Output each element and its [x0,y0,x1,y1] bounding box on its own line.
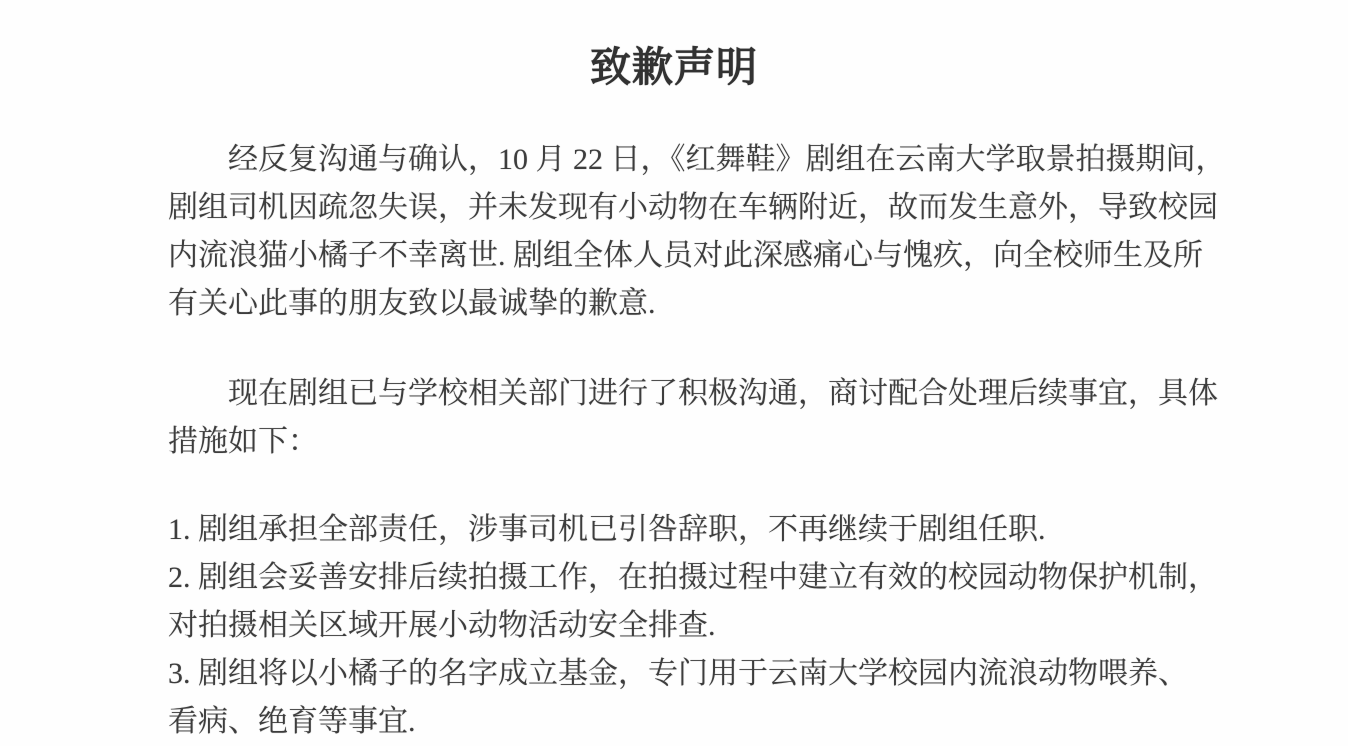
text-line: 剧组司机因疏忽失误，并未发现有小动物在车辆附近，故而发生意外，导致校园 [168,184,1228,232]
paragraph: 经反复沟通与确认，10 月 22 日，《红舞鞋》剧组在云南大学取景拍摄期间，剧组… [168,136,1228,328]
text-line: 经反复沟通与确认，10 月 22 日，《红舞鞋》剧组在云南大学取景拍摄期间， [168,136,1228,184]
text-line: 对拍摄相关区域开展小动物活动安全排查. [168,602,1228,650]
text-line: 有关心此事的朋友致以最诚挚的歉意. [168,280,1228,328]
text-line: 看病、绝育等事宜. [168,698,1228,746]
document-body: 经反复沟通与确认，10 月 22 日，《红舞鞋》剧组在云南大学取景拍摄期间，剧组… [168,136,1228,746]
text-line: 2. 剧组会妥善安排后续拍摄工作，在拍摄过程中建立有效的校园动物保护机制， [168,554,1228,602]
measures-list: 1. 剧组承担全部责任，涉事司机已引咎辞职，不再继续于剧组任职.2. 剧组会妥善… [168,506,1228,746]
text-line: 措施如下： [168,418,1228,466]
apology-statement-page: 致歉声明 经反复沟通与确认，10 月 22 日，《红舞鞋》剧组在云南大学取景拍摄… [0,0,1348,746]
document-title: 致歉声明 [0,0,1348,92]
text-line: 3. 剧组将以小橘子的名字成立基金，专门用于云南大学校园内流浪动物喂养、 [168,650,1228,698]
paragraph: 现在剧组已与学校相关部门进行了积极沟通，商讨配合处理后续事宜，具体措施如下： [168,370,1228,466]
text-line: 现在剧组已与学校相关部门进行了积极沟通，商讨配合处理后续事宜，具体 [168,370,1228,418]
text-line: 1. 剧组承担全部责任，涉事司机已引咎辞职，不再继续于剧组任职. [168,506,1228,554]
text-line: 内流浪猫小橘子不幸离世. 剧组全体人员对此深感痛心与愧疚，向全校师生及所 [168,232,1228,280]
